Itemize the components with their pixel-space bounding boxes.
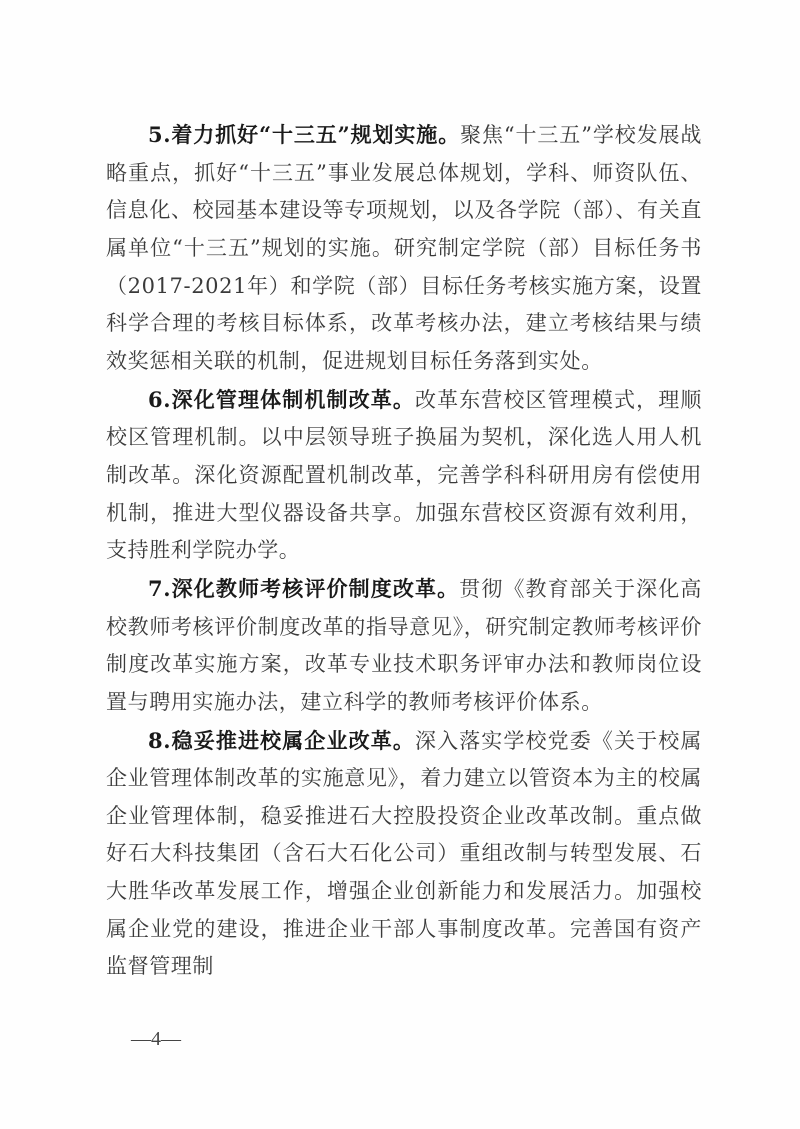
document-body: 5.着力抓好“十三五”规划实施。聚焦“十三五”学校发展战略重点，抓好“十三五”事…: [106, 116, 702, 986]
paragraph-text: 深入落实学校党委《关于校属企业管理体制改革的实施意见》，着力建立以管资本为主的校…: [106, 729, 702, 979]
paragraph-text: 改革东营校区管理模式，理顺校区管理机制。以中层领导班子换届为契机，深化选人用人机…: [106, 388, 702, 563]
paragraph-7: 7.深化教师考核评价制度改革。贯彻《教育部关于深化高校教师考核评价制度改革的指导…: [106, 570, 702, 722]
page-number: —4—: [131, 1028, 181, 1051]
paragraph-heading: 8.稳妥推进校属企业改革。: [148, 728, 415, 753]
paragraph-heading: 7.深化教师考核评价制度改革。: [148, 576, 459, 601]
document-page: 5.着力抓好“十三五”规划实施。聚焦“十三五”学校发展战略重点，抓好“十三五”事…: [0, 0, 800, 1129]
paragraph-text: 聚焦“十三五”学校发展战略重点，抓好“十三五”事业发展总体规划，学科、师资队伍、…: [106, 123, 702, 373]
paragraph-heading: 5.着力抓好“十三五”规划实施。: [148, 122, 460, 147]
paragraph-5: 5.着力抓好“十三五”规划实施。聚焦“十三五”学校发展战略重点，抓好“十三五”事…: [106, 116, 702, 381]
paragraph-heading: 6.深化管理体制机制改革。: [148, 387, 415, 412]
paragraph-8: 8.稳妥推进校属企业改革。深入落实学校党委《关于校属企业管理体制改革的实施意见》…: [106, 722, 702, 987]
paragraph-6: 6.深化管理体制机制改革。改革东营校区管理模式，理顺校区管理机制。以中层领导班子…: [106, 381, 702, 570]
